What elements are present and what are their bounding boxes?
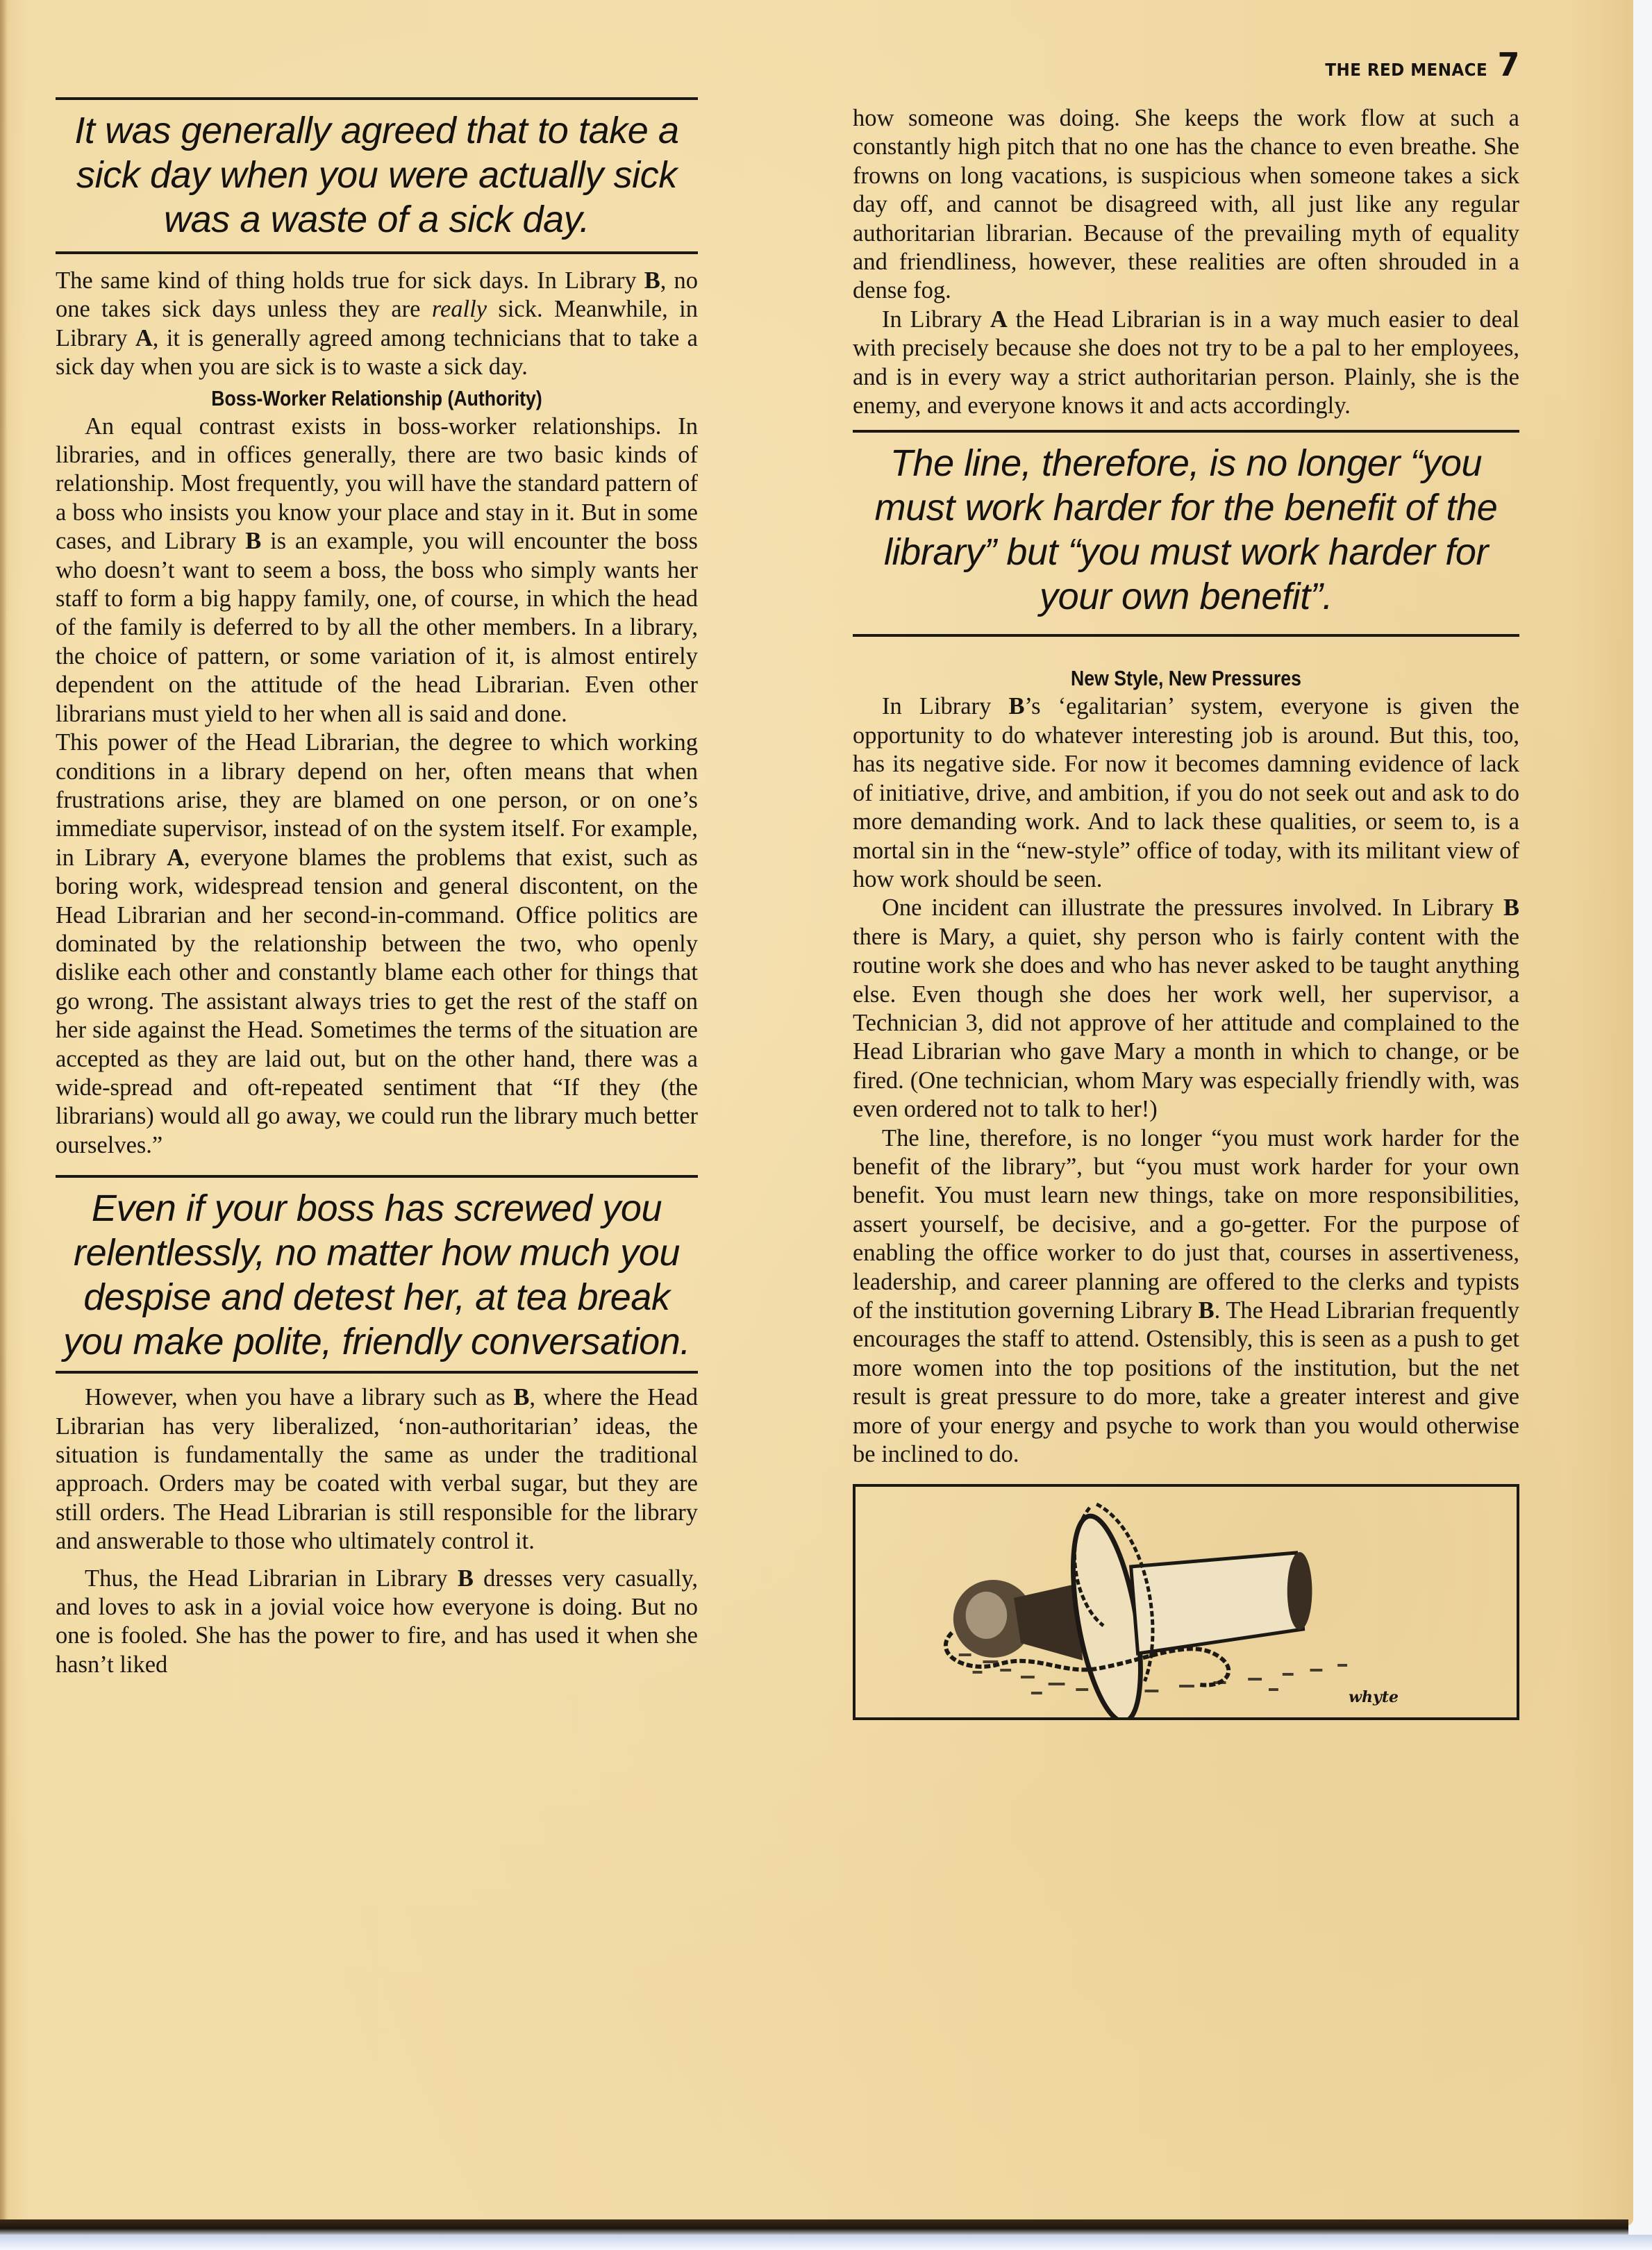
- article-text-right-1: how someone was doing. She keeps the wor…: [853, 104, 1519, 420]
- illustrator-signature: whyte: [1349, 1688, 1399, 1706]
- paragraph-incident: One incident can illustrate the pressure…: [853, 894, 1519, 1124]
- scanner-background: [0, 2235, 1652, 2250]
- paragraph-sick-days: The same kind of thing holds true for si…: [56, 267, 698, 382]
- pull-quote-tea-break: Even if your boss has screwed you relent…: [56, 1186, 698, 1364]
- paragraph-library-a: In Library A the Head Librarian is in a …: [853, 306, 1519, 421]
- paragraph-thus: Thus, the Head Librarian in Library B dr…: [56, 1565, 698, 1680]
- paragraph-the-line: The line, therefore, is no longer “you m…: [853, 1124, 1519, 1469]
- rule-bottom-pullquote-2: [56, 1371, 698, 1374]
- paragraph-continued: how someone was doing. She keeps the wor…: [853, 104, 1519, 306]
- article-text-left-2: An equal contrast exists in boss-worker …: [56, 412, 698, 1160]
- paragraph-egalitarian: In Library B’s ‘egalitarian’ system, eve…: [853, 692, 1519, 894]
- rule-top-pullquote-3: [853, 430, 1519, 433]
- article-text-left-3: However, when you have a library such as…: [56, 1383, 698, 1679]
- rule-top-pullquote-1: [56, 97, 698, 100]
- paragraph-however: However, when you have a library such as…: [56, 1383, 698, 1556]
- paragraph-power: This power of the Head Librarian, the de…: [56, 728, 698, 1160]
- illustration-pacifier: whyte: [853, 1484, 1519, 1720]
- pull-quote-the-line: The line, therefore, is no longer “you m…: [853, 441, 1519, 619]
- pull-quote-sick-day: It was generally agreed that to take a s…: [56, 108, 698, 242]
- rule-bottom-pullquote-3: [853, 634, 1519, 637]
- left-column: It was generally agreed that to take a s…: [56, 0, 698, 1679]
- page-bottom-edge: [0, 2219, 1628, 2235]
- right-column: how someone was doing. She keeps the wor…: [853, 0, 1519, 1720]
- rule-top-pullquote-2: [56, 1175, 698, 1178]
- article-text-left-1: The same kind of thing holds true for si…: [56, 267, 698, 382]
- rule-bottom-pullquote-1: [56, 251, 698, 254]
- pacifier-drawing-icon: [856, 1487, 1517, 1717]
- paragraph-contrast: An equal contrast exists in boss-worker …: [56, 412, 698, 728]
- page-binding-edge: [0, 0, 7, 2226]
- article-text-right-2: In Library B’s ‘egalitarian’ system, eve…: [853, 692, 1519, 1469]
- subhead-boss-worker: Boss-Worker Relationship (Authority): [101, 385, 653, 412]
- subhead-new-style: New Style, New Pressures: [899, 665, 1473, 692]
